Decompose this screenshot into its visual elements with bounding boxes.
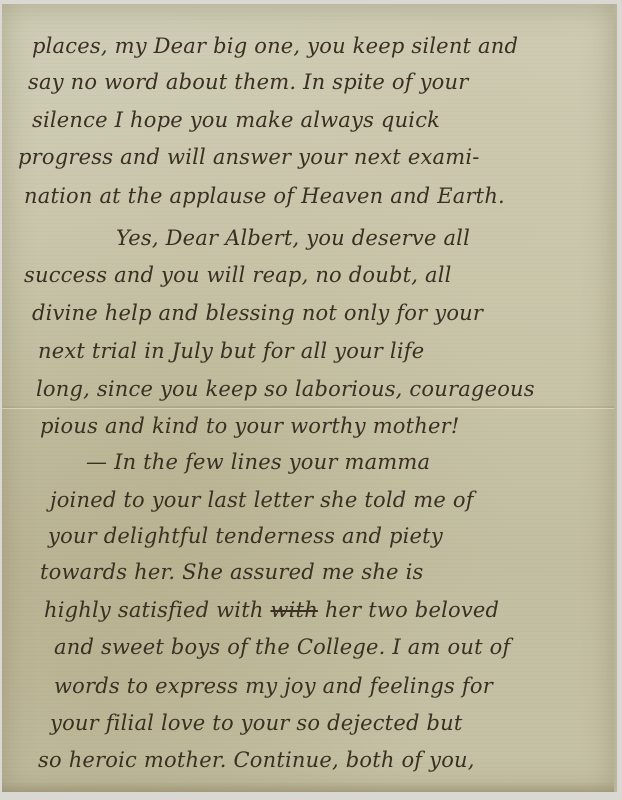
letter-line-15: towards her. She assured me she is bbox=[40, 560, 423, 584]
letter-line-16-part-1: highly satisfied with bbox=[44, 598, 270, 622]
letter-line-6: Yes, Dear Albert, you deserve all bbox=[116, 226, 470, 250]
letter-line-12: — In the few lines your mamma bbox=[86, 450, 430, 474]
letter-line-7: success and you will reap, no doubt, all bbox=[24, 263, 452, 287]
letter-line-8: divine help and blessing not only for yo… bbox=[32, 301, 483, 325]
letter-body: places, my Dear big one, you keep silent… bbox=[2, 4, 614, 792]
letter-line-20: so heroic mother. Continue, both of you, bbox=[38, 748, 475, 772]
letter-line-4: progress and will answer your next exami… bbox=[18, 145, 480, 169]
struck-word: with bbox=[270, 598, 317, 622]
letter-line-2: say no word about them. In spite of your bbox=[28, 70, 469, 94]
letter-line-13: joined to your last letter she told me o… bbox=[50, 488, 474, 512]
letter-line-10: long, since you keep so laborious, coura… bbox=[36, 377, 535, 401]
letter-page: places, my Dear big one, you keep silent… bbox=[2, 4, 617, 792]
letter-line-14: your delightful tenderness and piety bbox=[48, 524, 443, 548]
letter-line-1: places, my Dear big one, you keep silent… bbox=[32, 34, 518, 58]
letter-line-18: words to express my joy and feelings for bbox=[54, 674, 493, 698]
letter-line-5: nation at the applause of Heaven and Ear… bbox=[24, 184, 505, 208]
letter-line-3: silence I hope you make always quick bbox=[32, 108, 440, 132]
letter-line-16: highly satisfied with with her two belov… bbox=[44, 598, 499, 622]
letter-line-11: pious and kind to your worthy mother! bbox=[40, 414, 460, 438]
letter-line-9: next trial in July but for all your life bbox=[38, 339, 424, 363]
letter-line-17: and sweet boys of the College. I am out … bbox=[54, 635, 510, 659]
letter-line-16-part-3: her two beloved bbox=[318, 598, 499, 622]
letter-line-19: your filial love to your so dejected but bbox=[50, 711, 462, 735]
